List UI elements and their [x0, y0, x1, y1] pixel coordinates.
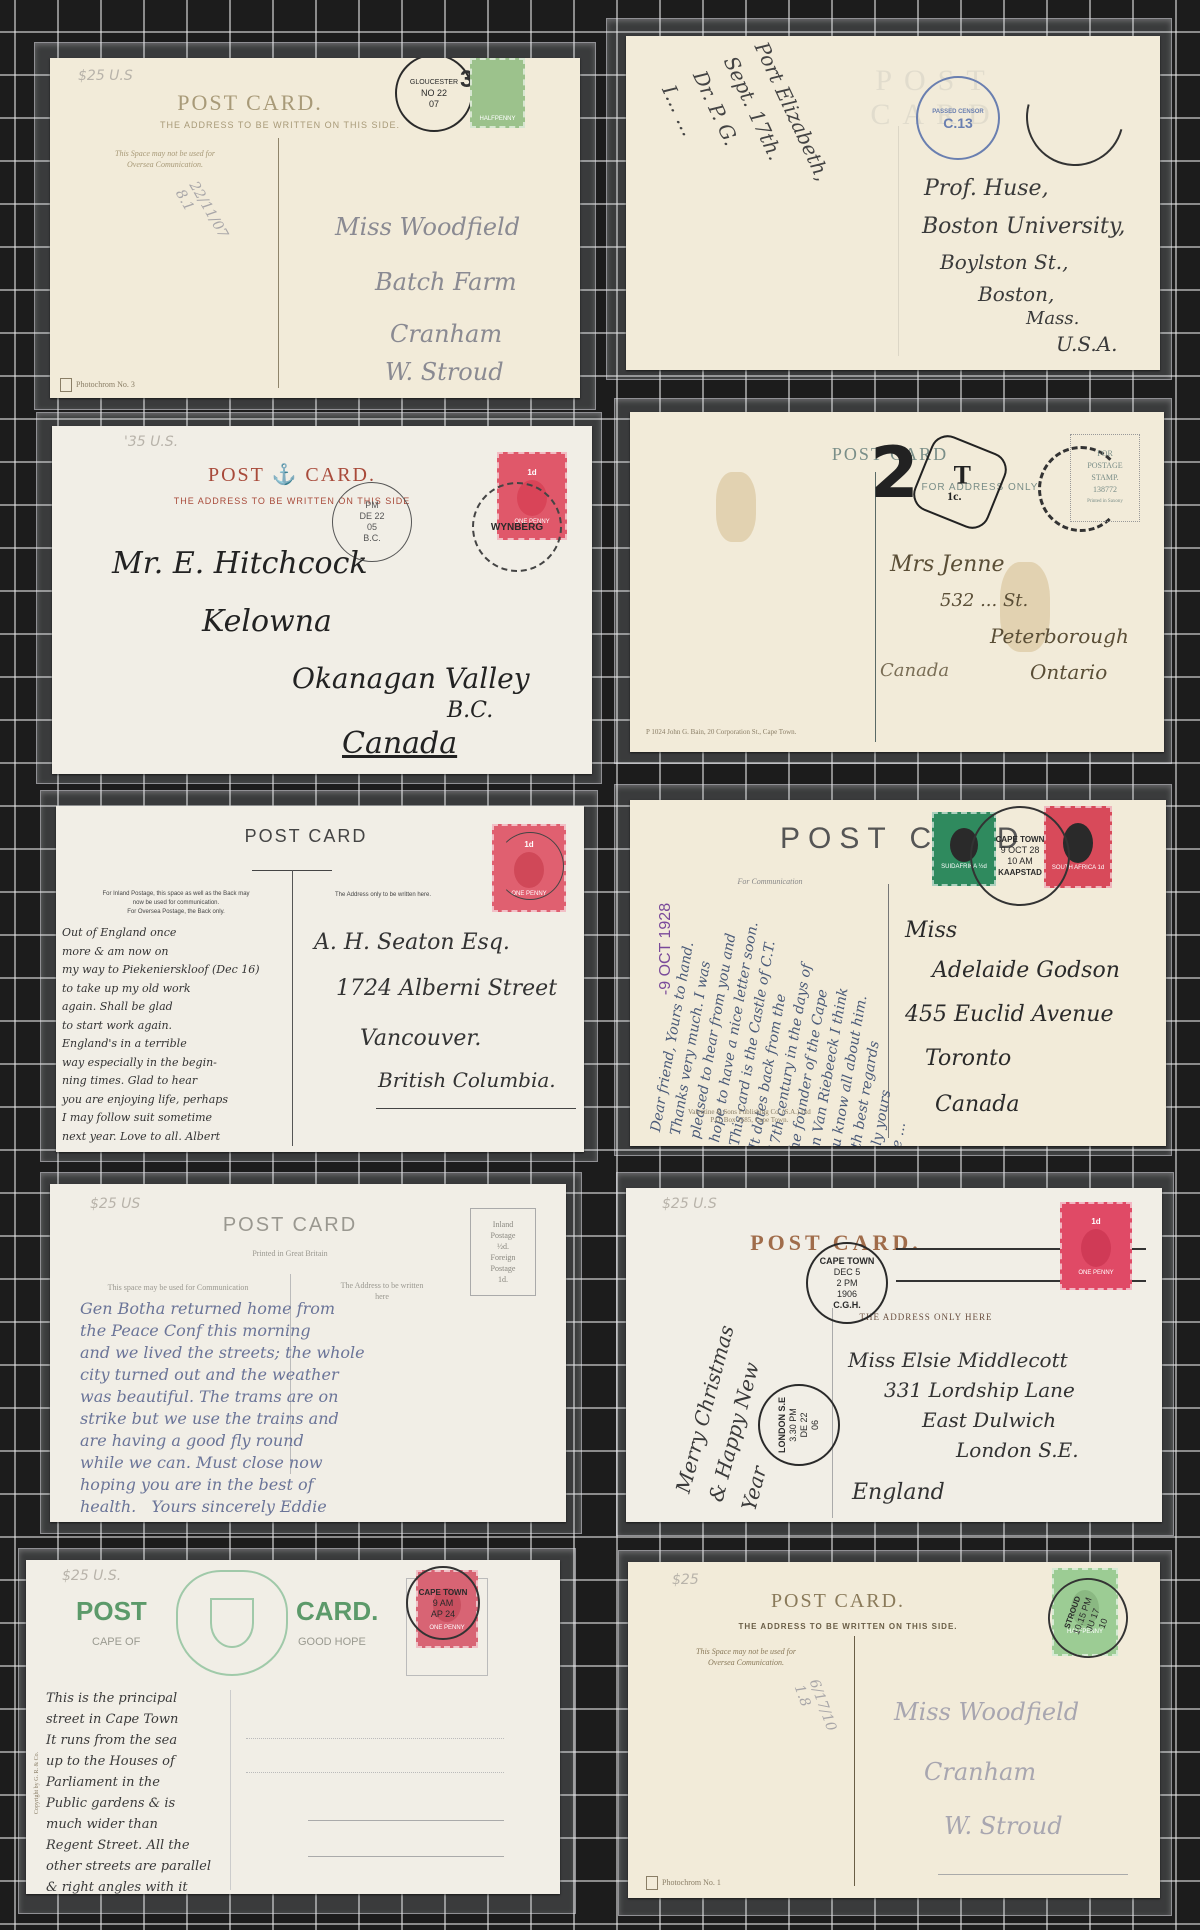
address-line-2: 532 ... St.	[940, 590, 1028, 611]
postmark-2: WYNBERG	[472, 482, 562, 572]
address-line-4: Toronto	[925, 1046, 1011, 1071]
address-line-1: Miss	[905, 918, 957, 943]
address-rule-1	[246, 1738, 504, 1740]
left-note: For Communication	[710, 876, 830, 887]
address-line-1: Miss Woodfield	[894, 1698, 1079, 1726]
postcard-title: POST CARD.	[748, 1590, 928, 1613]
address-line-3: Peterborough	[990, 624, 1129, 648]
address-line-6: U.S.A.	[1056, 332, 1118, 356]
king-portrait-icon	[1081, 1229, 1111, 1267]
address-line-5: Ontario	[1030, 660, 1107, 684]
address-line-5: Canada	[935, 1092, 1019, 1117]
address-line-2: Batch Farm	[375, 268, 517, 296]
address-line-2: Cranham	[924, 1758, 1036, 1786]
postcard-9[interactable]: $25 U.S. POST CARD. CAPE OF GOOD HOPE ON…	[26, 1560, 560, 1894]
publisher-imprint: P 1024 John G. Bain, 20 Corporation St.,…	[646, 728, 796, 736]
postcard-title-right: CARD.	[296, 1596, 378, 1627]
address-line-2: Boston University,	[922, 214, 1125, 239]
address-rule-2	[246, 1772, 504, 1774]
divider-line	[278, 138, 279, 388]
handwritten-message: Port Elizabeth, Sept. 17th. Dr. P. G. I.…	[653, 36, 840, 230]
handwritten-message: Merry Christmas & Happy New Year	[666, 1321, 809, 1514]
address-line-3: Okanagan Valley	[292, 662, 530, 695]
address-line-1: Miss Woodfield	[335, 213, 520, 241]
postcard-3[interactable]: '35 U.S. POST ⚓ CARD. THE ADDRESS TO BE …	[52, 426, 592, 774]
postmark-cape-town: CAPE TOWN DEC 5 2 PM 1906 C.G.H.	[806, 1242, 888, 1324]
publisher-imprint: Photochrom No. 1	[646, 1876, 721, 1890]
address-line-4: London S.E.	[956, 1438, 1079, 1462]
address-underline	[938, 1874, 1128, 1875]
postcard-6[interactable]: POST CARD For Communication -9 OCT 1928 …	[630, 800, 1166, 1146]
postcard-subtitle: THE ADDRESS TO BE WRITTEN ON THIS SIDE.	[110, 120, 450, 130]
left-note: For Inland Postage, this space as well a…	[71, 890, 281, 917]
postcard-2[interactable]: POST CARD Port Elizabeth, Sept. 17th. Dr…	[626, 36, 1160, 370]
censor-mark: PASSED CENSOR C.13	[916, 76, 1000, 160]
address-line-3: 455 Euclid Avenue	[905, 1002, 1113, 1027]
postcard-4[interactable]: POST CARD FOR ADDRESS ONLY 2 T 1c. FOR P…	[630, 412, 1164, 752]
address-line-3: East Dulwich	[922, 1408, 1056, 1432]
address-line-3: Cranham	[390, 320, 502, 348]
address-underline	[376, 1108, 576, 1109]
postcard-8[interactable]: $25 U.S POST CARD. THE ADDRESS ONLY HERE…	[626, 1188, 1162, 1522]
postmark: CAPE TOWN 9 AM AP 24	[406, 1566, 480, 1640]
address-line-3: W. Stroud	[944, 1812, 1063, 1840]
address-line-4: B.C.	[447, 698, 493, 723]
address-line-4: Boston,	[978, 282, 1054, 306]
handwritten-message: This is the principal street in Cape Tow…	[46, 1688, 211, 1894]
left-note: This Space may not be used for Oversea C…	[80, 148, 250, 170]
stain	[716, 472, 756, 542]
left-note: This space may be used for Communication	[78, 1282, 278, 1293]
subtitle-left: CAPE OF	[92, 1636, 140, 1648]
address-line-3: Boylston St.,	[940, 250, 1068, 274]
photochrom-logo-icon	[60, 378, 72, 392]
subtitle-right: GOOD HOPE	[298, 1636, 366, 1648]
postcard-title-left: POST	[76, 1596, 147, 1627]
stamp-box: FOR POSTAGE STAMP. 138772 Printed in Sax…	[1070, 434, 1140, 522]
divider-line	[292, 870, 293, 1146]
postcard-title: POST CARD	[206, 826, 406, 847]
postmark: CAPE TOWN 9 OCT 28 10 AM KAAPSTAD	[970, 806, 1070, 906]
address-line-2: Adelaide Godson	[932, 958, 1120, 983]
price-note: '35 U.S.	[124, 434, 178, 450]
postcard-5[interactable]: POST CARD For Inland Postage, this space…	[56, 806, 584, 1152]
price-note: $25 US	[90, 1196, 140, 1212]
address-line-1: Miss Elsie Middlecott	[848, 1348, 1068, 1372]
coat-of-arms-icon	[176, 1570, 288, 1676]
address-rule-4	[308, 1856, 504, 1857]
address-line-1: Mrs Jenne	[890, 552, 1005, 577]
address-line-5: England	[852, 1480, 945, 1505]
postcard-title: POST CARD.	[150, 90, 350, 116]
postcard-subtitle: Printed in Great Britain	[220, 1248, 360, 1259]
address-line-2: 331 Lordship Lane	[884, 1378, 1075, 1402]
publisher-imprint: Valentine & Sons Publishing Co. (S.A.) L…	[688, 1108, 811, 1124]
stamp-box: Inland Postage ½d. Foreign Postage 1d.	[470, 1208, 536, 1296]
divider-line	[854, 1636, 855, 1886]
address-line-2: Kelowna	[202, 604, 332, 639]
address-line-1: A. H. Seaton Esq.	[314, 930, 510, 955]
handwritten-message: Gen Botha returned home from the Peace C…	[80, 1298, 365, 1518]
address-line-5: Canada	[342, 726, 457, 761]
pencil-date: 22/11/07 8.1	[172, 179, 231, 249]
price-note: $25	[672, 1572, 699, 1588]
address-line-4: British Columbia.	[378, 1068, 556, 1092]
address-line-5: Mass.	[1026, 308, 1079, 329]
postage-due-number: 2	[870, 432, 919, 514]
postcard-subtitle: THE ADDRESS ONLY HERE	[856, 1312, 996, 1322]
photochrom-logo-icon	[646, 1876, 658, 1890]
handwritten-message: Out of England once more & am now on my …	[62, 924, 260, 1146]
side-imprint: Copyright by G. R. & Co.	[34, 1752, 40, 1814]
postcard-subtitle: THE ADDRESS TO BE WRITTEN ON THIS SIDE.	[708, 1622, 988, 1631]
price-note: $25 U.S	[662, 1196, 717, 1212]
postcard-10[interactable]: $25 POST CARD. THE ADDRESS TO BE WRITTEN…	[628, 1562, 1160, 1898]
postcard-7[interactable]: $25 US POST CARD Printed in Great Britai…	[50, 1184, 566, 1522]
stamp: 1d ONE PENNY	[1060, 1202, 1132, 1290]
price-note: $25 U.S.	[62, 1568, 121, 1584]
divider-line	[898, 126, 899, 356]
pencil-date: 6/17/10 1.8	[791, 1677, 840, 1739]
divider-line	[230, 1690, 231, 1890]
stamp: HALFPENNY	[470, 58, 525, 128]
postcard-1[interactable]: $25 U.S POST CARD. THE ADDRESS TO BE WRI…	[50, 58, 580, 398]
shield-icon	[210, 1598, 254, 1648]
postcard-title: POST CARD	[190, 1214, 390, 1237]
address-line-1: Prof. Huse,	[924, 176, 1049, 201]
left-note: This Space may not be used for Oversea C…	[666, 1646, 826, 1668]
address-line-2: 1724 Alberni Street	[336, 976, 557, 1001]
address-line-4: Canada	[880, 660, 949, 681]
address-line-4: W. Stroud	[385, 358, 504, 386]
right-note: The Address only to be written here.	[318, 890, 448, 901]
postmark	[496, 832, 564, 900]
price-note: $25 U.S	[78, 68, 133, 84]
address-line-1: Mr. E. Hitchcock	[112, 546, 368, 581]
publisher-imprint: Photochrom No. 3	[60, 378, 135, 392]
address-line-3: Vancouver.	[360, 1026, 481, 1051]
address-rule-3	[308, 1820, 504, 1821]
